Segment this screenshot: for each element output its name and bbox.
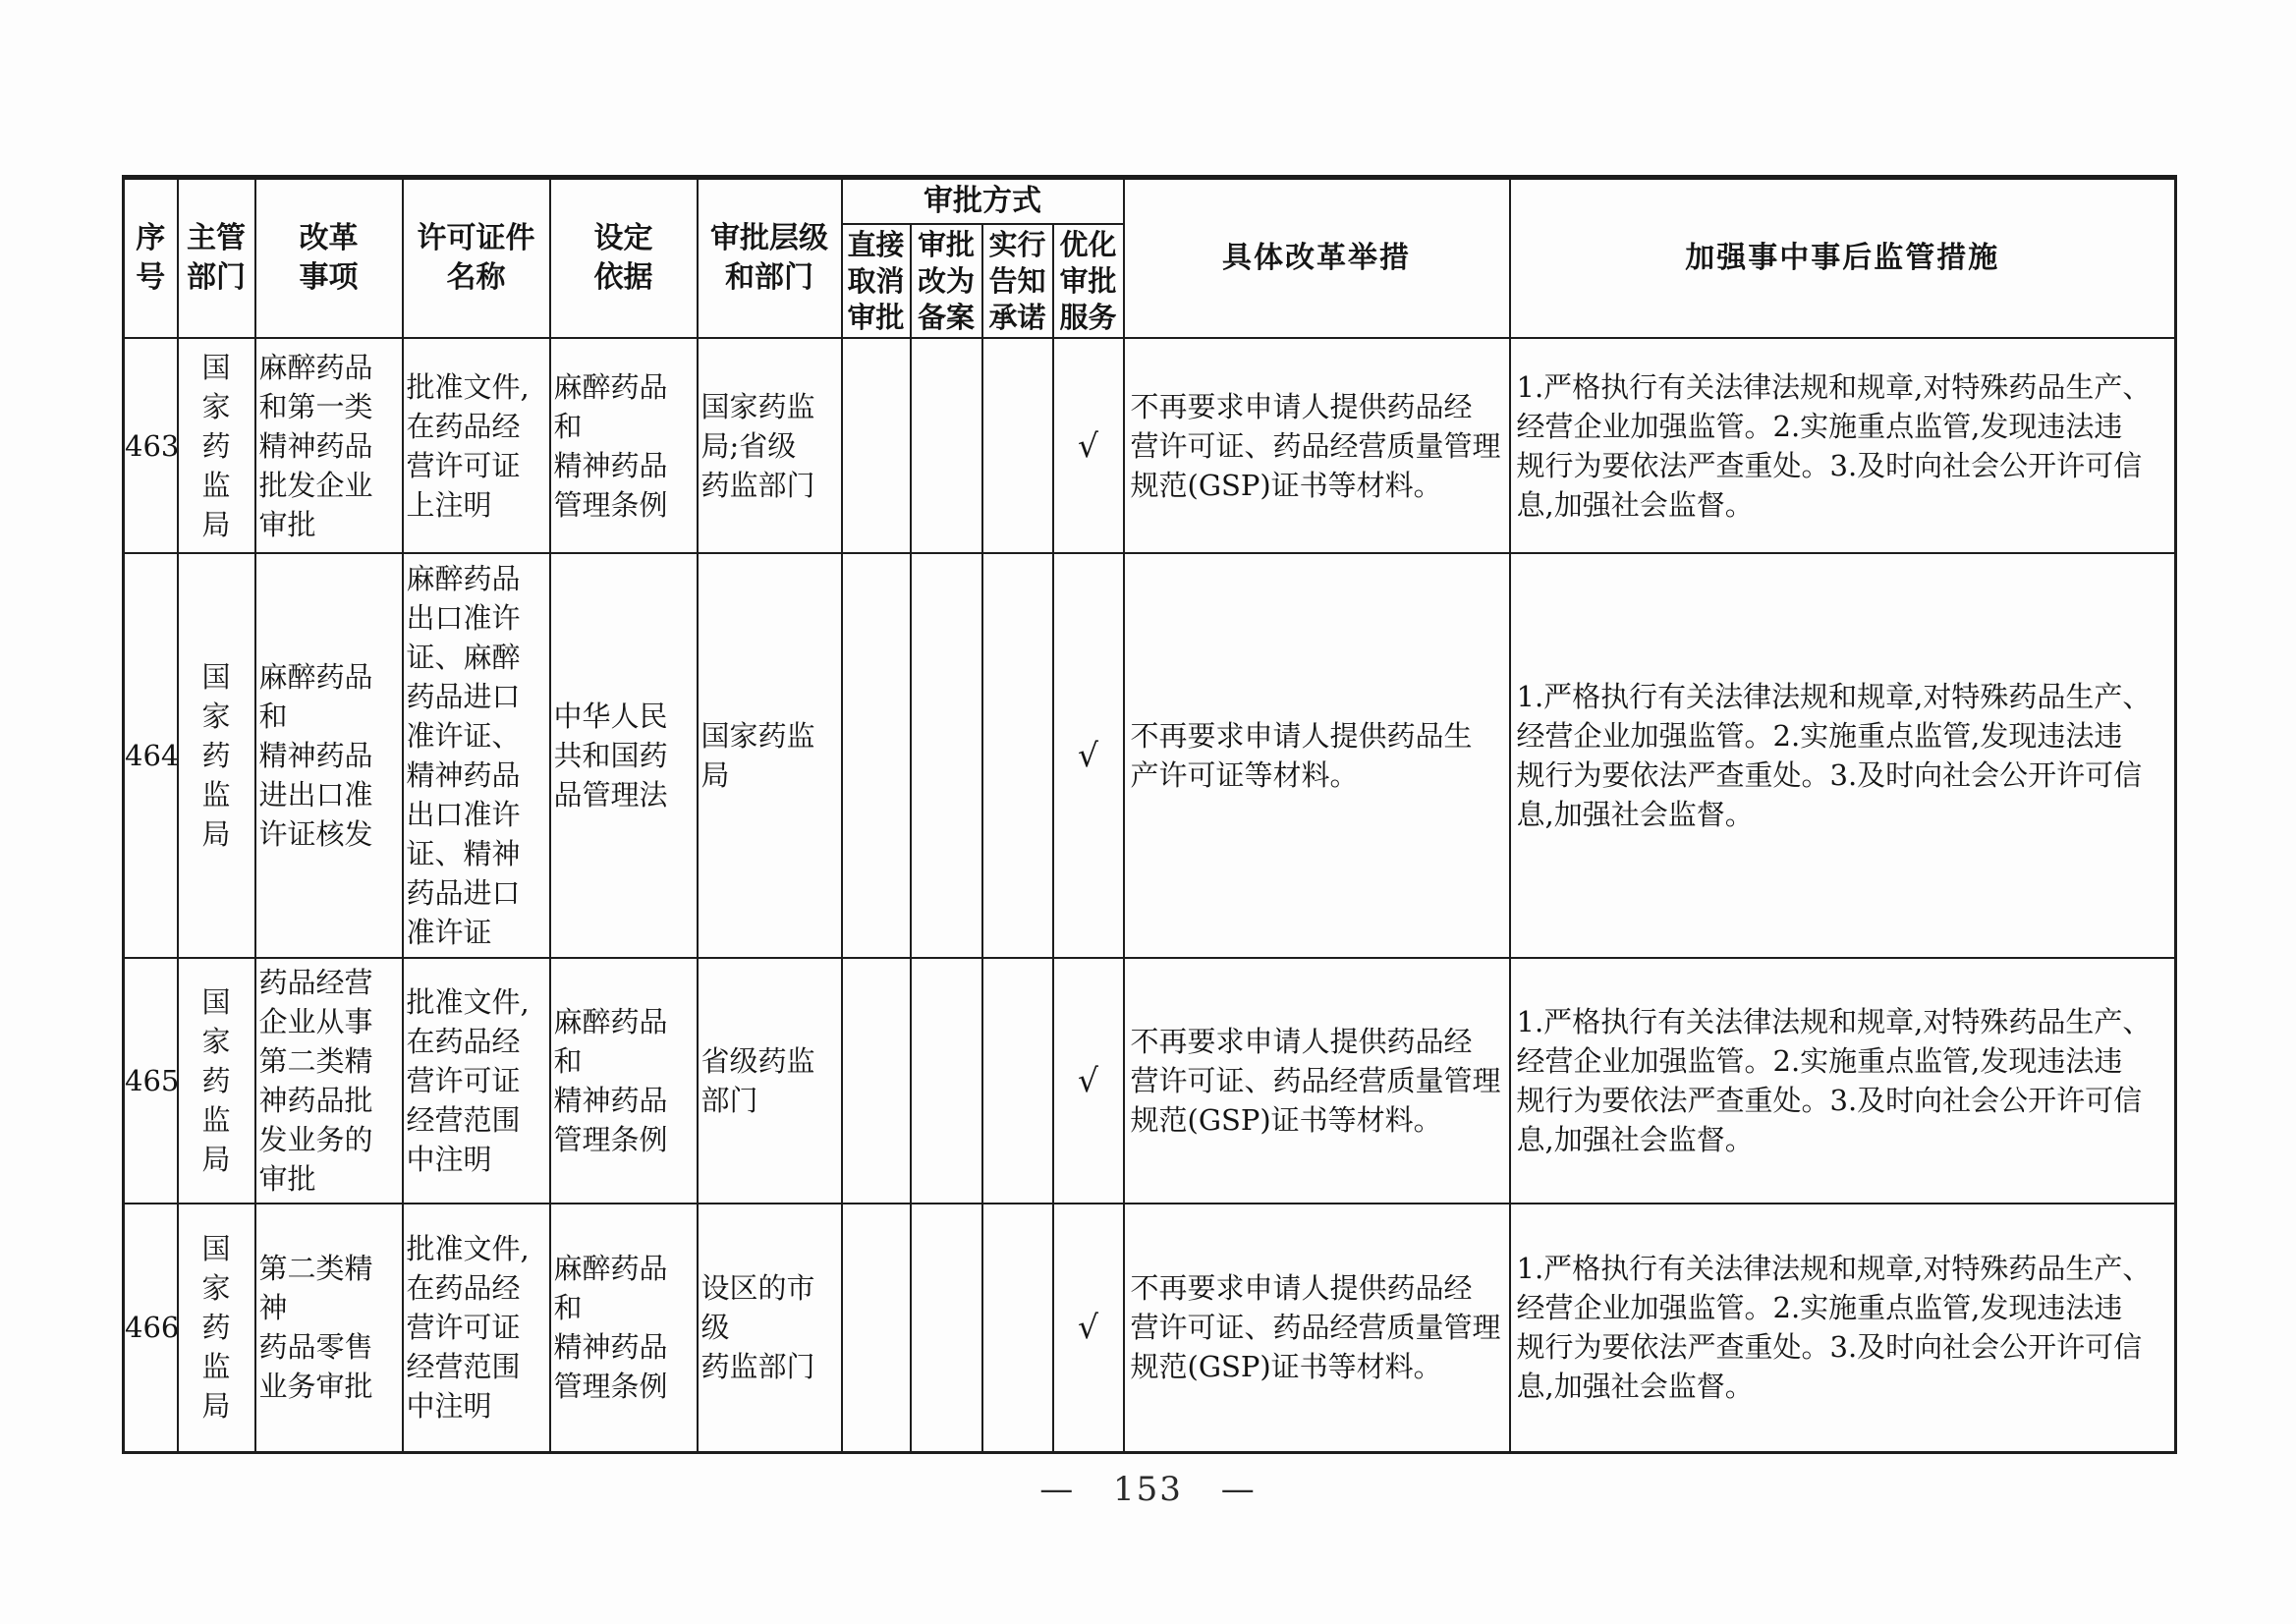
table-row: 463 国家药监局 麻醉药品 和第一类 精神药品 批发企业 审批 批准文件, 在… [124,338,2176,553]
header-mode-cancel: 直接 取消 审批 [842,224,911,338]
table-row: 464 国家药监局 麻醉药品和 精神药品 进出口准 许证核发 麻醉药品 出口准许… [124,553,2176,958]
department-vertical-text: 国家药监局 [200,982,232,1179]
cell-legal-basis: 麻醉药品和 精神药品 管理条例 [550,338,698,553]
cell-mode-commitment [982,338,1053,553]
cell-mode-filing [911,553,982,958]
department-vertical-text: 国家药监局 [200,348,232,544]
cell-approval-level: 省级药监 部门 [698,958,842,1204]
cell-mode-cancel [842,1204,911,1452]
cell-department: 国家药监局 [178,553,255,958]
cell-reform-item: 药品经营 企业从事 第二类精 神药品批 发业务的 审批 [255,958,403,1204]
cell-mode-optimize-checkmark: √ [1053,958,1124,1204]
cell-specific-measures: 不再要求申请人提供药品经 营许可证、药品经营质量管理 规范(GSP)证书等材料。 [1124,958,1510,1204]
cell-mode-cancel [842,958,911,1204]
cell-license-name: 批准文件, 在药品经 营许可证 经营范围 中注明 [403,958,550,1204]
document-page: { "page": { "footer_text": "— 153 —" }, … [0,0,2296,1624]
cell-mode-filing [911,958,982,1204]
header-mode-commitment: 实行 告知 承诺 [982,224,1053,338]
cell-mode-commitment [982,553,1053,958]
department-vertical-text: 国家药监局 [200,657,232,854]
cell-mode-commitment [982,1204,1053,1452]
page-number: — 153 — [122,1470,2174,1509]
cell-reform-item: 第二类精神 药品零售 业务审批 [255,1204,403,1452]
header-approval-mode-group: 审批方式 [842,178,1124,225]
header-supervision: 加强事中事后监管措施 [1510,178,2176,339]
cell-mode-cancel [842,338,911,553]
header-specific-measures: 具体改革举措 [1124,178,1510,339]
table-row: 466 国家药监局 第二类精神 药品零售 业务审批 批准文件, 在药品经 营许可… [124,1204,2176,1452]
header-group-row: 序 号 主管 部门 改革 事项 许可证件 名称 设定 依据 审批层级 和部门 审… [124,178,2176,225]
cell-supervision: 1.严格执行有关法律法规和规章,对特殊药品生产、 经营企业加强监管。2.实施重点… [1510,553,2176,958]
cell-index: 465 [124,958,178,1204]
cell-legal-basis: 麻醉药品和 精神药品 管理条例 [550,1204,698,1452]
header-license-name: 许可证件 名称 [403,178,550,339]
cell-license-name: 麻醉药品 出口准许 证、麻醉 药品进口 准许证、 精神药品 出口准许 证、精神 … [403,553,550,958]
cell-index: 463 [124,338,178,553]
header-department: 主管 部门 [178,178,255,339]
cell-mode-optimize-checkmark: √ [1053,1204,1124,1452]
cell-specific-measures: 不再要求申请人提供药品生 产许可证等材料。 [1124,553,1510,958]
cell-mode-filing [911,1204,982,1452]
cell-license-name: 批准文件, 在药品经 营许可证 上注明 [403,338,550,553]
cell-specific-measures: 不再要求申请人提供药品经 营许可证、药品经营质量管理 规范(GSP)证书等材料。 [1124,1204,1510,1452]
cell-index: 464 [124,553,178,958]
reform-items-table: 序 号 主管 部门 改革 事项 许可证件 名称 设定 依据 审批层级 和部门 审… [122,175,2177,1454]
header-reform-item: 改革 事项 [255,178,403,339]
header-mode-optimize: 优化 审批 服务 [1053,224,1124,338]
cell-approval-level: 国家药监 局;省级 药监部门 [698,338,842,553]
cell-supervision: 1.严格执行有关法律法规和规章,对特殊药品生产、 经营企业加强监管。2.实施重点… [1510,338,2176,553]
cell-mode-filing [911,338,982,553]
header-legal-basis: 设定 依据 [550,178,698,339]
cell-department: 国家药监局 [178,1204,255,1452]
cell-license-name: 批准文件, 在药品经 营许可证 经营范围 中注明 [403,1204,550,1452]
table-header: 序 号 主管 部门 改革 事项 许可证件 名称 设定 依据 审批层级 和部门 审… [124,178,2176,339]
department-vertical-text: 国家药监局 [200,1229,232,1426]
cell-reform-item: 麻醉药品和 精神药品 进出口准 许证核发 [255,553,403,958]
cell-mode-optimize-checkmark: √ [1053,338,1124,553]
cell-mode-optimize-checkmark: √ [1053,553,1124,958]
table-body: 463 国家药监局 麻醉药品 和第一类 精神药品 批发企业 审批 批准文件, 在… [124,338,2176,1452]
cell-department: 国家药监局 [178,338,255,553]
cell-approval-level: 国家药监局 [698,553,842,958]
header-mode-filing: 审批 改为 备案 [911,224,982,338]
cell-mode-commitment [982,958,1053,1204]
cell-index: 466 [124,1204,178,1452]
table-row: 465 国家药监局 药品经营 企业从事 第二类精 神药品批 发业务的 审批 批准… [124,958,2176,1204]
cell-supervision: 1.严格执行有关法律法规和规章,对特殊药品生产、 经营企业加强监管。2.实施重点… [1510,1204,2176,1452]
header-index: 序 号 [124,178,178,339]
cell-legal-basis: 麻醉药品和 精神药品 管理条例 [550,958,698,1204]
cell-approval-level: 设区的市级 药监部门 [698,1204,842,1452]
header-approval-level: 审批层级 和部门 [698,178,842,339]
cell-supervision: 1.严格执行有关法律法规和规章,对特殊药品生产、 经营企业加强监管。2.实施重点… [1510,958,2176,1204]
cell-specific-measures: 不再要求申请人提供药品经 营许可证、药品经营质量管理 规范(GSP)证书等材料。 [1124,338,1510,553]
cell-mode-cancel [842,553,911,958]
cell-department: 国家药监局 [178,958,255,1204]
cell-reform-item: 麻醉药品 和第一类 精神药品 批发企业 审批 [255,338,403,553]
cell-legal-basis: 中华人民 共和国药 品管理法 [550,553,698,958]
